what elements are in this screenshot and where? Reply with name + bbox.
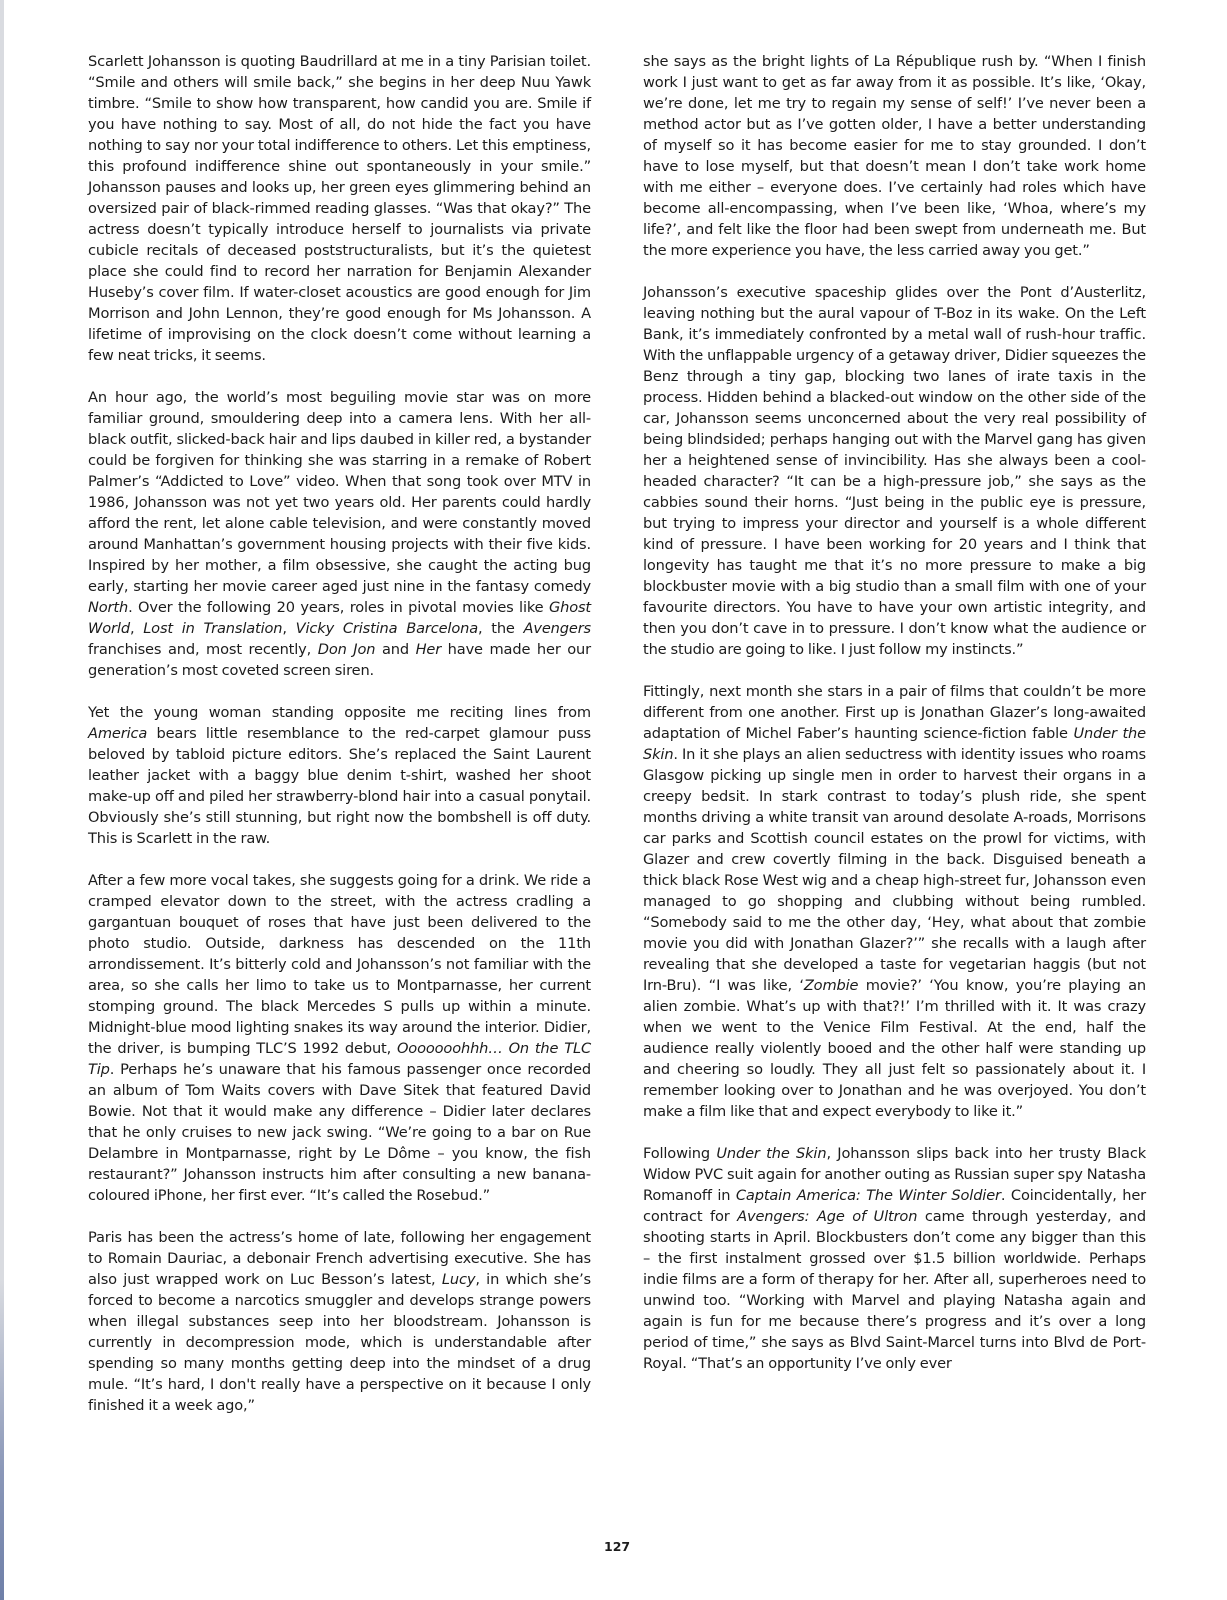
italic-title: Zombie (804, 977, 859, 994)
article-paragraph: Following Under the Skin, Johansson slip… (643, 1143, 1146, 1374)
text-run: , the (478, 620, 524, 637)
text-run: she says as the bright lights of La Répu… (643, 53, 1146, 259)
italic-title: Vicky Cristina Barcelona (296, 620, 478, 637)
text-run: . In it she plays an alien seductress wi… (643, 746, 1146, 994)
text-run: Johansson’s executive spaceship glides o… (643, 284, 1146, 658)
italic-title: North (88, 599, 128, 616)
italic-title: America (88, 725, 147, 742)
text-run: bears little resemblance to the red-carp… (88, 725, 591, 847)
article-paragraph: Johansson’s executive spaceship glides o… (643, 282, 1146, 660)
italic-title: Captain America: The Winter Soldier (736, 1187, 1001, 1204)
text-run: , (130, 620, 143, 637)
text-run: Yet the young woman standing opposite me… (88, 704, 591, 721)
article-paragraph: Yet the young woman standing opposite me… (88, 702, 591, 849)
article-paragraph: Paris has been the actress’s home of lat… (88, 1227, 591, 1416)
text-run: Fittingly, next month she stars in a pai… (643, 683, 1146, 742)
text-run: came through yesterday, and shooting sta… (643, 1208, 1146, 1372)
italic-title: Under the Skin (716, 1145, 826, 1162)
article-paragraph: After a few more vocal takes, she sugges… (88, 870, 591, 1206)
italic-title: Lucy (442, 1271, 475, 1288)
text-run: After a few more vocal takes, she sugges… (88, 872, 591, 1057)
right-column: she says as the bright lights of La Répu… (643, 51, 1146, 1395)
text-run: An hour ago, the world’s most beguiling … (88, 389, 591, 595)
text-run: franchises and, most recently, (88, 641, 318, 658)
article-paragraph: An hour ago, the world’s most beguiling … (88, 387, 591, 681)
italic-title: Lost in Translation (143, 620, 282, 637)
page-edge (0, 0, 4, 1600)
text-run: Following (643, 1145, 716, 1162)
page-number: 127 (604, 1539, 630, 1554)
text-run: movie?’ ‘You know, you’re playing an ali… (643, 977, 1146, 1120)
italic-title: Avengers (524, 620, 592, 637)
text-run: Scarlett Johansson is quoting Baudrillar… (88, 53, 591, 364)
text-run: , (282, 620, 295, 637)
article-paragraph: Scarlett Johansson is quoting Baudrillar… (88, 51, 591, 366)
article-paragraph: Fittingly, next month she stars in a pai… (643, 681, 1146, 1122)
italic-title: Avengers: Age of Ultron (737, 1208, 917, 1225)
text-run: . Perhaps he’s unaware that his famous p… (88, 1061, 591, 1204)
italic-title: Don Jon (318, 641, 376, 658)
italic-title: Her (416, 641, 442, 658)
text-run: , in which she’s forced to become a narc… (88, 1271, 591, 1414)
text-run: and (375, 641, 415, 658)
text-run: . Over the following 20 years, roles in … (128, 599, 549, 616)
article-paragraph: she says as the bright lights of La Répu… (643, 51, 1146, 261)
left-column: Scarlett Johansson is quoting Baudrillar… (88, 51, 591, 1437)
